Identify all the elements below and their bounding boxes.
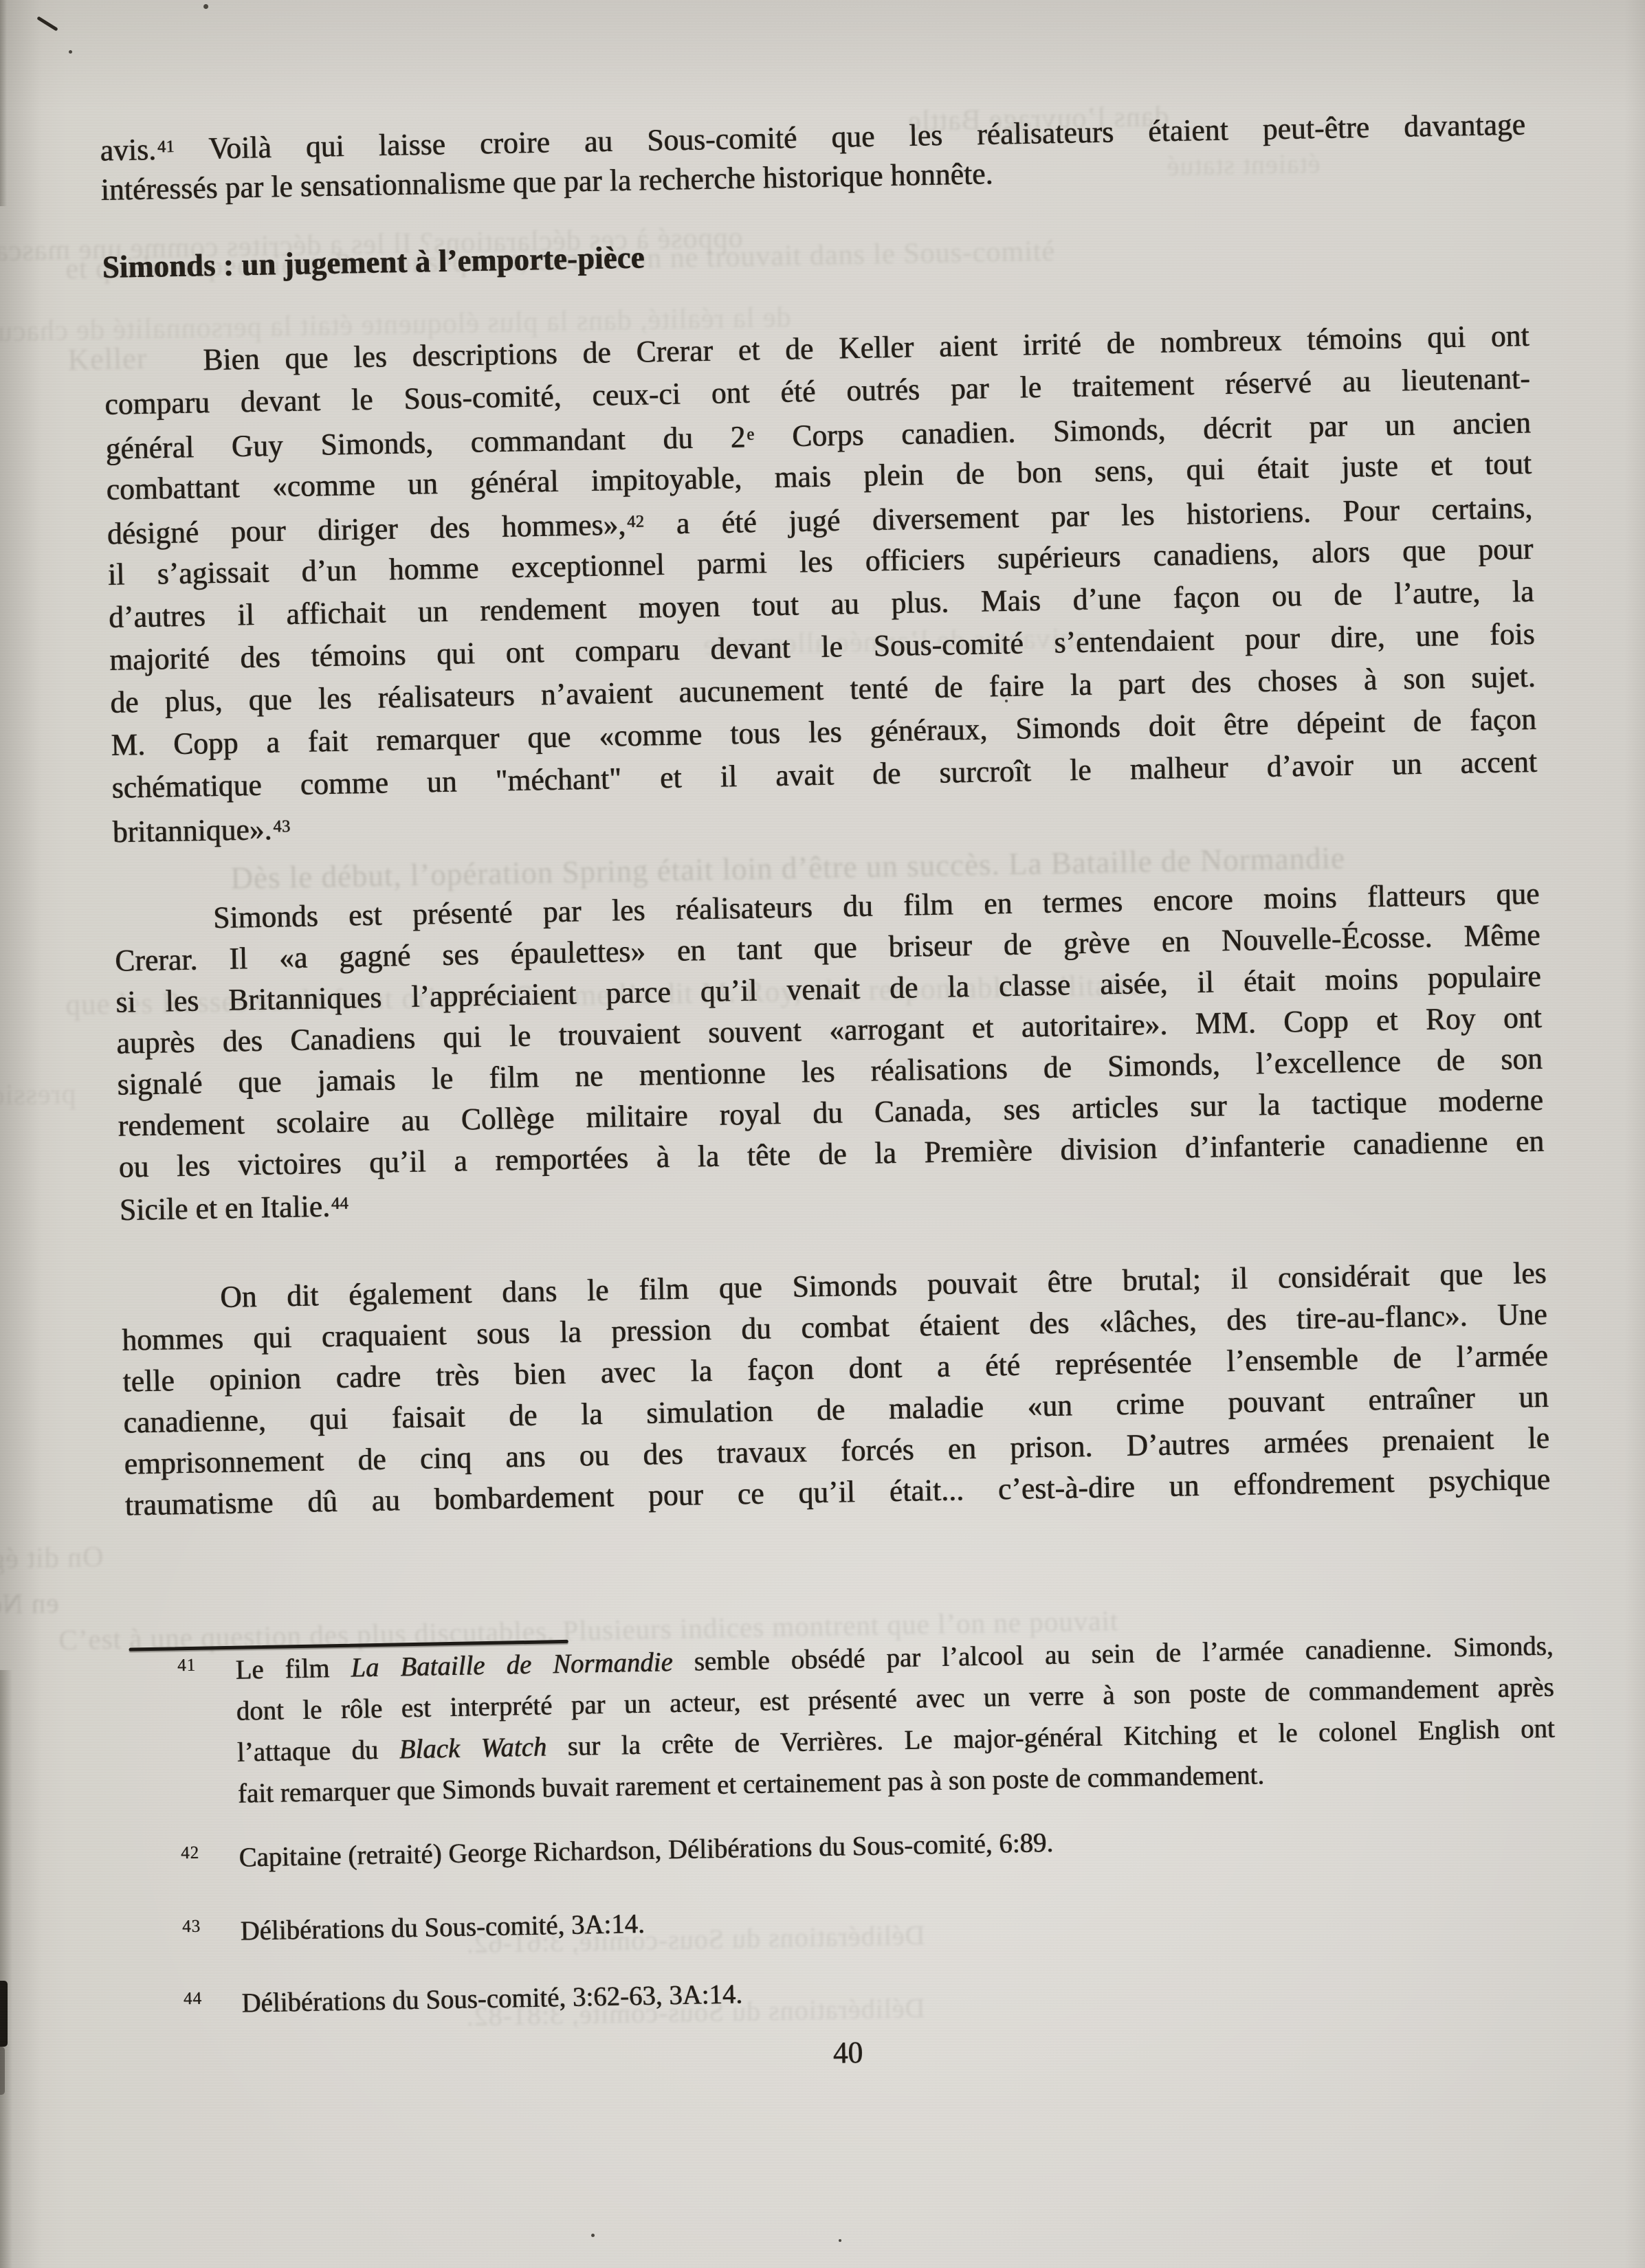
left-edge-shadow-bottom (0, 1670, 12, 2268)
left-edge-shadow-top (0, 0, 7, 206)
text-run: Capitaine (retraité) George Richardson, … (239, 1827, 1053, 1873)
bleedthrough-text: en Normandie en refusant de remplacer le… (0, 1586, 59, 1640)
scan-speck (203, 4, 208, 9)
bleedthrough-text: pression de les armées canadiennes ou br… (0, 1078, 76, 1130)
footnote-reference: 44 (330, 1194, 349, 1213)
footnote-reference: e (745, 425, 755, 444)
footnote: 44Délibérations du Sous-comité, 3:62-63,… (241, 1959, 1560, 2024)
text-run: Délibérations du Sous-comité, 3:62-63, 3… (241, 1978, 742, 2018)
bleedthrough-text: On dit également cela le film qui allian… (0, 1541, 104, 1593)
footnote-number: 42 (180, 1832, 199, 1874)
pen-mark (36, 16, 58, 31)
scanned-document-page: dans l’ouvrage Battleétaient statuéoppos… (0, 0, 1645, 2268)
footnote-reference: 42 (626, 513, 645, 531)
text-line: 42Capitaine (retraité) George Richardson… (239, 1813, 1557, 1878)
footnote-number: 41 (177, 1645, 196, 1686)
paragraph: Simonds est présenté par les réalisateur… (114, 873, 1545, 1229)
footnote-number: 43 (181, 1906, 201, 1947)
footnote-reference: 41 (156, 137, 175, 156)
section-heading: Simonds : un jugement à l’emporte-pièce (102, 220, 1527, 289)
footnote: 42Capitaine (retraité) George Richardson… (239, 1813, 1557, 1878)
text-run: Délibérations du Sous-comité, 3A:14. (240, 1908, 645, 1946)
scan-speck (69, 50, 72, 54)
footnote: 43Délibérations du Sous-comité, 3A:14. (240, 1887, 1558, 1952)
text-run: désigné pour diriger des hommes», (107, 507, 626, 551)
text-run: avis. (100, 132, 156, 167)
text-run: Sicile et en Italie. (119, 1189, 330, 1227)
scan-speck (591, 2234, 595, 2237)
footnote: 41Le film La Bataille de Normandie sembl… (235, 1625, 1556, 1814)
scan-speck (839, 2239, 841, 2242)
text-run: Le film (235, 1652, 351, 1685)
binding-shadow-blob (0, 2047, 5, 2095)
text-line: 43Délibérations du Sous-comité, 3A:14. (240, 1887, 1558, 1952)
text-run: l’attaque du (236, 1733, 399, 1767)
paragraph: On dit également dans le film que Simond… (121, 1252, 1551, 1526)
italic-title: La Bataille de Normandie (351, 1646, 673, 1683)
text-run: britannique». (112, 812, 272, 849)
italic-title: Black Watch (399, 1731, 547, 1764)
page-number: 40 (135, 2019, 1560, 2087)
paragraph: Bien que les descriptions de Crerar et d… (104, 314, 1538, 852)
binding-shadow-blob (0, 1981, 8, 2047)
page-content: avis.41 Voilà qui laisse croire au Sous-… (100, 102, 1525, 128)
footnote-reference: 43 (272, 817, 291, 836)
footnote-number: 44 (183, 1978, 202, 2019)
paragraph-continuation: avis.41 Voilà qui laisse croire au Sous-… (100, 102, 1526, 210)
text-line: 44Délibérations du Sous-comité, 3:62-63,… (241, 1959, 1560, 2024)
